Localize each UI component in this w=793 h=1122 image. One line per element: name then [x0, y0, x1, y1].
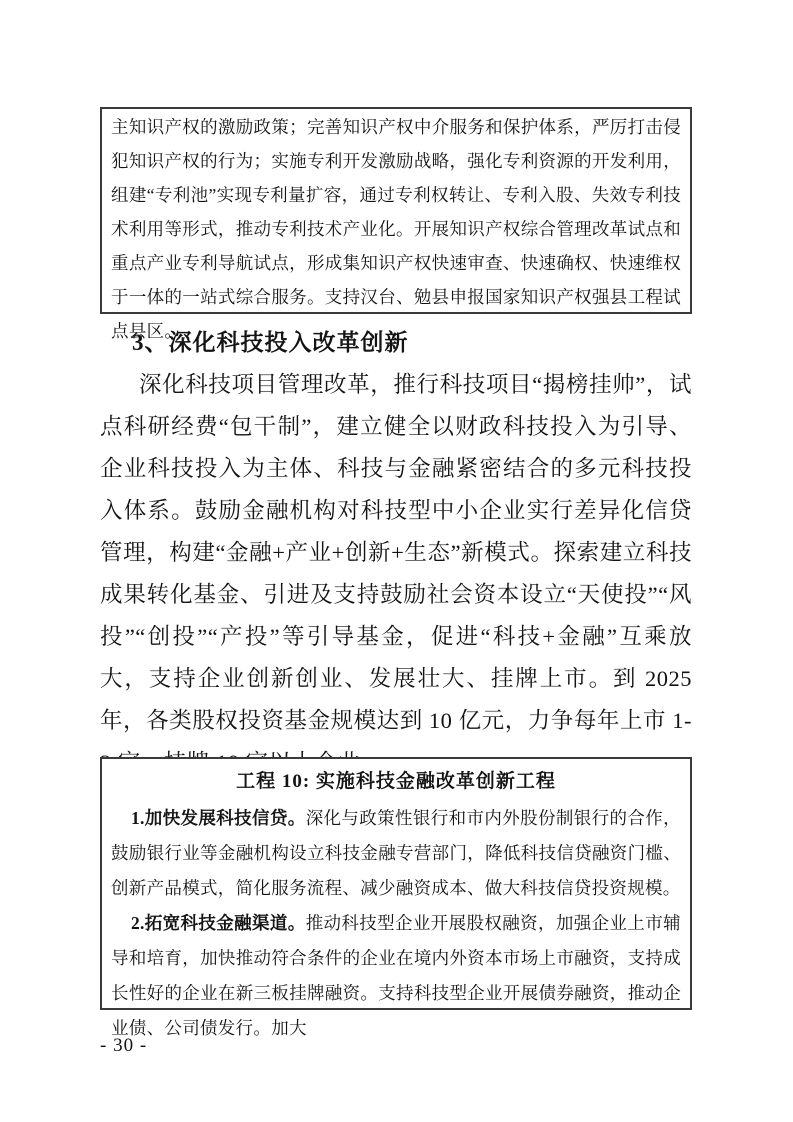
document-page: 主知识产权的激励政策；完善知识产权中介服务和保护体系，严厉打击侵犯知识产权的行为…: [0, 0, 793, 1122]
project-10-item-1: 1.加快发展科技信贷。深化与政策性银行和市内外股份制银行的合作，鼓励银行业等金融…: [111, 801, 681, 906]
continued-textbox-paragraph: 主知识产权的激励政策；完善知识产权中介服务和保护体系，严厉打击侵犯知识产权的行为…: [111, 110, 681, 348]
continued-project-textbox: 主知识产权的激励政策；完善知识产权中介服务和保护体系，严厉打击侵犯知识产权的行为…: [100, 107, 692, 314]
section-heading: 3、深化科技投入改革创新: [100, 328, 692, 358]
section-body-paragraph: 深化科技项目管理改革，推行科技项目“揭榜挂帅”，试点科研经费“包干制”，建立健全…: [100, 364, 692, 784]
project-10-item-1-lead: 1.加快发展科技信贷。: [131, 808, 306, 828]
project-10-textbox: 工程 10: 实施科技金融改革创新工程 1.加快发展科技信贷。深化与政策性银行和…: [100, 757, 692, 1010]
project-10-item-2-lead: 2.拓宽科技金融渠道。: [131, 913, 306, 933]
project-10-item-2: 2.拓宽科技金融渠道。推动科技型企业开展股权融资，加强企业上市辅导和培育，加快推…: [111, 906, 681, 1046]
page-number: - 30 -: [100, 1035, 147, 1057]
project-10-title: 工程 10: 实施科技金融改革创新工程: [111, 763, 681, 801]
